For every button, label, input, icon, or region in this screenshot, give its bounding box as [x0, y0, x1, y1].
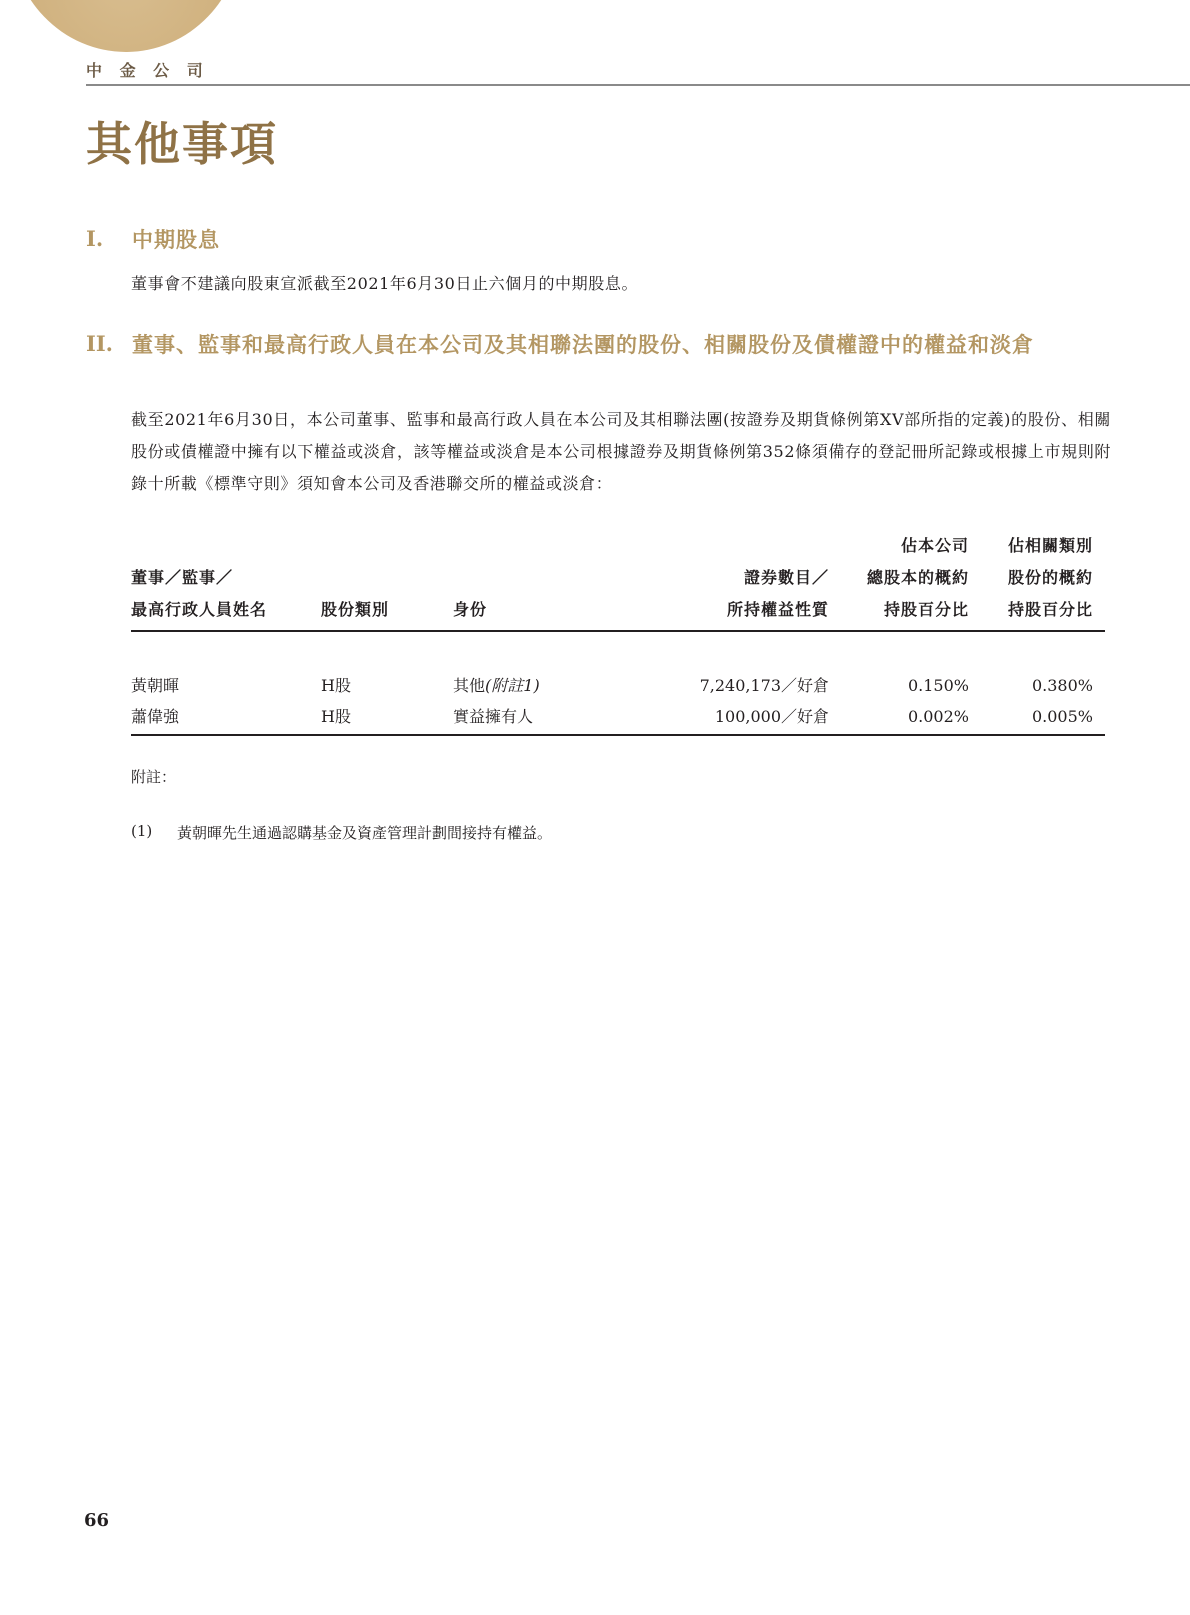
- section-1-number: I.: [86, 226, 103, 251]
- section-2-number: II.: [86, 331, 113, 356]
- table-row: 黃朝暉 H股 其他(附註1) 7,240,173／好倉 0.150% 0.380…: [131, 670, 1105, 701]
- notes-label: 附註：: [131, 766, 176, 787]
- col-header-securities: 證券數目／ 所持權益性質: [643, 530, 829, 631]
- decorative-gold-disc: [10, 0, 242, 52]
- footnote-number: (1): [131, 822, 177, 843]
- col-header-pct-class: 佔相關類別 股份的概約 持股百分比: [981, 530, 1105, 631]
- section-2-body: 截至2021年6月30日，本公司董事、監事和最高行政人員在本公司及其相聯法團(按…: [131, 404, 1111, 500]
- cell-pct-class: 0.380%: [981, 670, 1105, 701]
- cell-pct-total: 0.150%: [829, 670, 981, 701]
- cell-share-class: H股: [321, 670, 453, 701]
- cell-share-class: H股: [321, 701, 453, 735]
- table-header-row: 董事／監事／ 最高行政人員姓名 股份類別 身份 證券數目／ 所持權益性質 佔本公…: [131, 530, 1105, 631]
- section-1-body: 董事會不建議向股東宣派截至2021年6月30日止六個月的中期股息。: [131, 268, 1111, 300]
- cell-pct-class: 0.005%: [981, 701, 1105, 735]
- cell-capacity: 其他(附註1): [453, 670, 643, 701]
- col-header-share-class: 股份類別: [321, 530, 453, 631]
- cell-securities: 100,000／好倉: [643, 701, 829, 735]
- section-2-title: 董事、監事和最高行政人員在本公司及其相聯法團的股份、相關股份及債權證中的權益和淡…: [132, 329, 1117, 360]
- table-row: 蕭偉強 H股 實益擁有人 100,000／好倉 0.002% 0.005%: [131, 701, 1105, 735]
- footnote-1: (1) 黃朝暉先生通過認購基金及資產管理計劃間接持有權益。: [131, 822, 552, 843]
- cell-name: 黃朝暉: [131, 670, 321, 701]
- cell-capacity: 實益擁有人: [453, 701, 643, 735]
- page-title: 其他事項: [86, 108, 278, 174]
- col-header-capacity: 身份: [453, 530, 643, 631]
- director-interests-table: 董事／監事／ 最高行政人員姓名 股份類別 身份 證券數目／ 所持權益性質 佔本公…: [131, 530, 1105, 736]
- cell-securities: 7,240,173／好倉: [643, 670, 829, 701]
- header-divider: [86, 84, 1190, 86]
- col-header-pct-total: 佔本公司 總股本的概約 持股百分比: [829, 530, 981, 631]
- company-brand: 中 金 公 司: [86, 58, 209, 81]
- cell-pct-total: 0.002%: [829, 701, 981, 735]
- section-1-title: 中期股息: [132, 224, 1117, 255]
- table-spacer: [131, 631, 1105, 670]
- note-reference: (附註1): [485, 676, 540, 695]
- footnote-text: 黃朝暉先生通過認購基金及資產管理計劃間接持有權益。: [177, 822, 552, 843]
- cell-name: 蕭偉強: [131, 701, 321, 735]
- page-number: 66: [84, 1510, 109, 1531]
- col-header-name: 董事／監事／ 最高行政人員姓名: [131, 530, 321, 631]
